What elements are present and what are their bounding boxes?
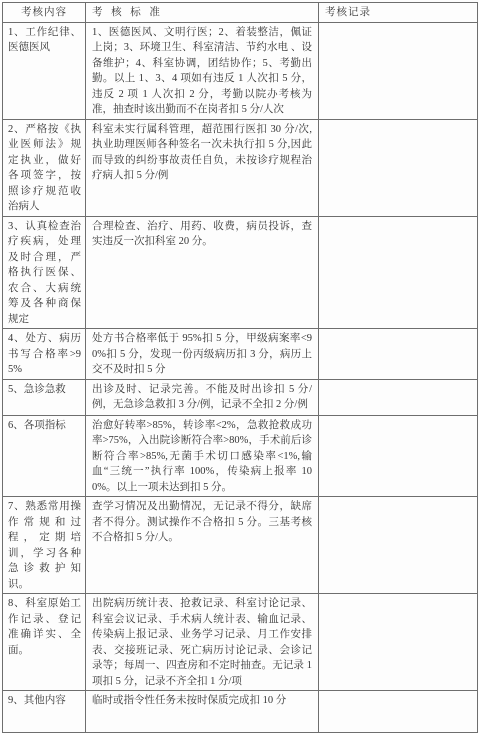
record-cell: [319, 329, 478, 380]
content-cell: 2、严格按《执业医师法》规定执业，做好各项签字，按照诊疗规范收治病人: [3, 119, 86, 216]
record-cell: [319, 497, 478, 594]
record-cell: [319, 379, 478, 415]
content-cell: 6、各项指标: [3, 415, 86, 497]
standard-cell: 临时或指令性任务未按时保质完成扣 10 分: [86, 691, 319, 733]
header-assessment-record: 考核记录: [319, 3, 478, 23]
content-cell: 9、其他内容: [3, 691, 86, 733]
standard-cell: 合理检查、治疗、用药、收费，病员投诉，查实违反一次扣科室 20 分。: [86, 216, 319, 329]
header-assessment-content: 考核内容: [3, 3, 86, 23]
content-cell: 5、急诊急救: [3, 379, 86, 415]
table-header-row: 考核内容 考 核 标 准 考核记录: [3, 3, 478, 23]
table-row: 2、严格按《执业医师法》规定执业，做好各项签字，按照诊疗规范收治病人 科室未实行…: [3, 119, 478, 216]
standard-cell: 出诊及时、记录完善。不能及时出诊扣 5 分/例，无急诊急救扣 3 分/例，记录不…: [86, 379, 319, 415]
table-row: 6、各项指标 治愈好转率>85%，转诊率<2%，急救抢救成功率>75%，入出院诊…: [3, 415, 478, 497]
record-cell: [319, 691, 478, 733]
standard-cell: 治愈好转率>85%，转诊率<2%，急救抢救成功率>75%，入出院诊断符合率>80…: [86, 415, 319, 497]
table-row: 3、认真检查治疗疾病，处理及时合理，严格执行医保、农合、大病统筹及各种商保规定 …: [3, 216, 478, 329]
record-cell: [319, 216, 478, 329]
table-row: 7、熟悉常用操作常规和过程，定期培训，学习各种急诊救护知识。 查学习情况及出勤情…: [3, 497, 478, 594]
standard-cell: 出院病历统计表、抢救记录、科室讨论记录、科室会议记录、手术病人统计表、输血记录、…: [86, 594, 319, 691]
content-cell: 4、处方、病历书写合格率>95%: [3, 329, 86, 380]
content-cell: 1、工作纪律、医德医风: [3, 22, 86, 119]
standard-cell: 处方书合格率低于 95%扣 5 分，甲级病案率<90%扣 5 分，发现一份丙级病…: [86, 329, 319, 380]
table-row: 5、急诊急救 出诊及时、记录完善。不能及时出诊扣 5 分/例，无急诊急救扣 3 …: [3, 379, 478, 415]
content-cell: 8、科室原始工作记录、登记准确详实、全面。: [3, 594, 86, 691]
table-row: 1、工作纪律、医德医风 1、医德医风、文明行医；2、着装整洁，佩证上岗；3、环境…: [3, 22, 478, 119]
record-cell: [319, 594, 478, 691]
record-cell: [319, 119, 478, 216]
record-cell: [319, 415, 478, 497]
assessment-criteria-table: 考核内容 考 核 标 准 考核记录 1、工作纪律、医德医风 1、医德医风、文明行…: [2, 2, 478, 733]
content-cell: 7、熟悉常用操作常规和过程，定期培训，学习各种急诊救护知识。: [3, 497, 86, 594]
standard-cell: 科室未实行属科管理，超范围行医扣 30 分/次,执业助理医师各种签名一次未执行扣…: [86, 119, 319, 216]
standard-cell: 1、医德医风、文明行医；2、着装整洁，佩证上岗；3、环境卫生、科室清洁、节约水电…: [86, 22, 319, 119]
table-row: 8、科室原始工作记录、登记准确详实、全面。 出院病历统计表、抢救记录、科室讨论记…: [3, 594, 478, 691]
table-row: 9、其他内容 临时或指令性任务未按时保质完成扣 10 分: [3, 691, 478, 733]
content-cell: 3、认真检查治疗疾病，处理及时合理，严格执行医保、农合、大病统筹及各种商保规定: [3, 216, 86, 329]
table-row: 4、处方、病历书写合格率>95% 处方书合格率低于 95%扣 5 分，甲级病案率…: [3, 329, 478, 380]
record-cell: [319, 22, 478, 119]
header-assessment-standard: 考 核 标 准: [86, 3, 319, 23]
standard-cell: 查学习情况及出勤情况，无记录不得分，缺席者不得分。测试操作不合格扣 5 分。三基…: [86, 497, 319, 594]
document-page: 考核内容 考 核 标 准 考核记录 1、工作纪律、医德医风 1、医德医风、文明行…: [0, 0, 479, 665]
